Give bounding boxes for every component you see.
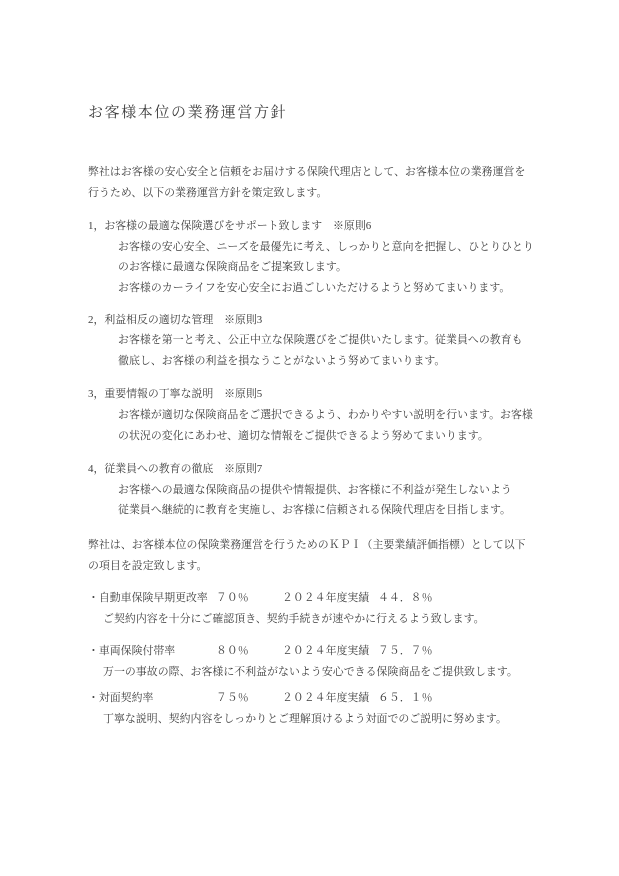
section-4-line: お客様への最適な保険商品の提供や情報提供、お客様に不利益が発生しないよう bbox=[118, 480, 533, 501]
kpi-target-value: ７０％ bbox=[216, 588, 249, 609]
kpi-label: ・対面契約率 bbox=[88, 688, 153, 709]
kpi-row: ・対面契約率 ７５％ ２０２４年度実績 ６５．１％ bbox=[88, 688, 533, 709]
kpi-item-face-to-face: ・対面契約率 ７５％ ２０２４年度実績 ６５．１％ 丁寧な説明、契約内容をしっか… bbox=[88, 688, 533, 729]
page-title: お客様本位の業務運営方針 bbox=[88, 102, 533, 124]
kpi-result-label: ２０２４年度実績 bbox=[282, 641, 369, 662]
section-1-heading: 1，お客様の最適な保険選びをサポート致します ※原則6 bbox=[88, 216, 533, 237]
intro-paragraph: 弊社はお客様の安心安全と信頼をお届けする保険代理店として、お客様本位の業務運営を… bbox=[88, 162, 533, 203]
section-2-line: 徹底し、お客様の利益を損なうことがないよう努めてまいります。 bbox=[118, 351, 533, 372]
section-1-line: お客様のカーライフを安心安全にお過ごしいただけるようと努めてまいります。 bbox=[118, 278, 533, 299]
kpi-target-value: ８０％ bbox=[216, 641, 249, 662]
section-2: 2，利益相反の適切な管理 ※原則3 お客様を第一と考え、公正中立な保険選びをご提… bbox=[88, 310, 533, 372]
document-page: お客様本位の業務運営方針 弊社はお客様の安心安全と信頼をお届けする保険代理店とし… bbox=[0, 0, 619, 876]
section-3-line: お客様が適切な保険商品をご選択できるよう、わかりやすい説明を行います。お客様 bbox=[118, 405, 533, 426]
intro-line: 弊社はお客様の安心安全と信頼をお届けする保険代理店として、お客様本位の業務運営を bbox=[88, 162, 533, 183]
kpi-result-value: ６５．１％ bbox=[378, 688, 432, 709]
section-3-heading: 3，重要情報の丁寧な説明 ※原則5 bbox=[88, 384, 533, 405]
kpi-row: ・車両保険付帯率 ８０％ ２０２４年度実績 ７５．７％ bbox=[88, 641, 533, 662]
section-1-body: お客様の安心安全、ニーズを最優先に考え、しっかりと意向を把握し、ひとりひとり の… bbox=[88, 237, 533, 299]
section-2-body: お客様を第一と考え、公正中立な保険選びをご提供いたします。従業員への教育も 徹底… bbox=[88, 330, 533, 371]
kpi-result-value: ４４．８％ bbox=[378, 588, 432, 609]
section-1-line: のお客様に最適な保険商品をご提案致します。 bbox=[118, 257, 533, 278]
section-3-line: の状況の変化にあわせ、適切な情報をご提供できるよう努めてまいります。 bbox=[118, 426, 533, 447]
kpi-item-auto-renewal: ・自動車保険早期更改率 ７０％ ２０２４年度実績 ４４．８％ ご契約内容を十分に… bbox=[88, 588, 533, 629]
kpi-label: ・自動車保険早期更改率 bbox=[88, 588, 208, 609]
kpi-intro-line: の項目を設定致します。 bbox=[88, 556, 533, 577]
section-4-body: お客様への最適な保険商品の提供や情報提供、お客様に不利益が発生しないよう 従業員… bbox=[88, 480, 533, 521]
kpi-result-value: ７５．７％ bbox=[378, 641, 432, 662]
section-2-line: お客様を第一と考え、公正中立な保険選びをご提供いたします。従業員への教育も bbox=[118, 330, 533, 351]
section-3-body: お客様が適切な保険商品をご選択できるよう、わかりやすい説明を行います。お客様 の… bbox=[88, 405, 533, 446]
kpi-note: ご契約内容を十分にご確認頂き、契約手続きが速やかに行えるよう致します。 bbox=[88, 609, 533, 630]
section-1: 1，お客様の最適な保険選びをサポート致します ※原則6 お客様の安心安全、ニーズ… bbox=[88, 216, 533, 298]
kpi-label: ・車両保険付帯率 bbox=[88, 641, 175, 662]
kpi-note: 万一の事故の際、お客様に不利益がないよう安心できる保険商品をご提供致します。 bbox=[88, 662, 533, 683]
section-1-line: お客様の安心安全、ニーズを最優先に考え、しっかりと意向を把握し、ひとりひとり bbox=[118, 237, 533, 258]
section-3: 3，重要情報の丁寧な説明 ※原則5 お客様が適切な保険商品をご選択できるよう、わ… bbox=[88, 384, 533, 446]
section-4-heading: 4，従業員への教育の徹底 ※原則7 bbox=[88, 459, 533, 480]
section-4: 4，従業員への教育の徹底 ※原則7 お客様への最適な保険商品の提供や情報提供、お… bbox=[88, 459, 533, 521]
kpi-intro-paragraph: 弊社は、お客様本位の保険業務運営を行うためのＫＰＩ（主要業績評価指標）として以下… bbox=[88, 535, 533, 576]
section-4-line: 従業員へ継続的に教育を実施し、お客様に信頼される保険代理店を目指します。 bbox=[118, 500, 533, 521]
kpi-note: 丁寧な説明、契約内容をしっかりとご理解頂けるよう対面でのご説明に努めます。 bbox=[88, 709, 533, 730]
intro-line: 行うため、以下の業務運営方針を策定致します。 bbox=[88, 183, 533, 204]
section-2-heading: 2，利益相反の適切な管理 ※原則3 bbox=[88, 310, 533, 331]
kpi-item-vehicle-coverage: ・車両保険付帯率 ８０％ ２０２４年度実績 ７５．７％ 万一の事故の際、お客様に… bbox=[88, 641, 533, 682]
kpi-intro-line: 弊社は、お客様本位の保険業務運営を行うためのＫＰＩ（主要業績評価指標）として以下 bbox=[88, 535, 533, 556]
kpi-row: ・自動車保険早期更改率 ７０％ ２０２４年度実績 ４４．８％ bbox=[88, 588, 533, 609]
kpi-result-label: ２０２４年度実績 bbox=[282, 688, 369, 709]
kpi-target-value: ７５％ bbox=[216, 688, 249, 709]
kpi-result-label: ２０２４年度実績 bbox=[282, 588, 369, 609]
